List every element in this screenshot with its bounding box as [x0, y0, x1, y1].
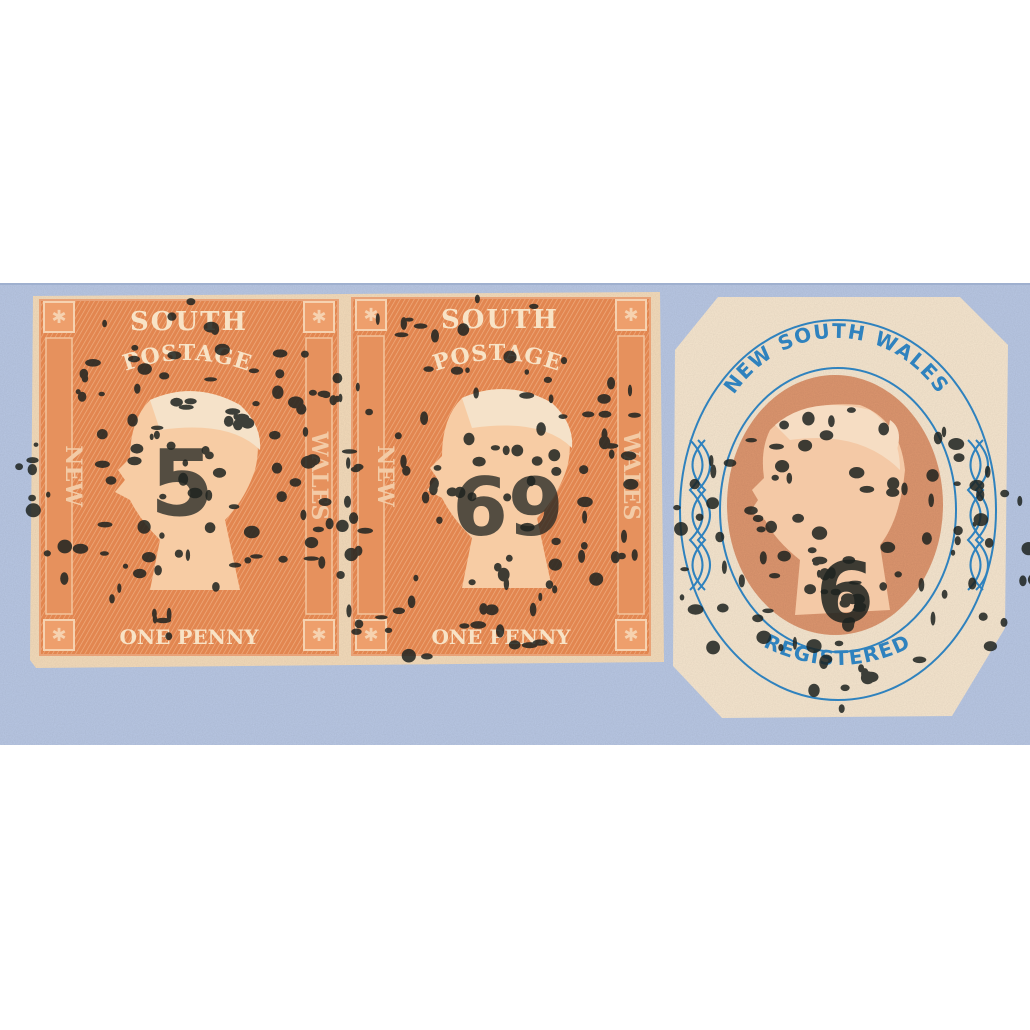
rosette-icon: ✱	[623, 625, 638, 646]
stamp-one-penny-1: ✱ ✱ ✱ ✱ SOUTH POSTAGE NEW WALES ONE PENN…	[40, 300, 338, 655]
rosette-icon: ✱	[51, 307, 66, 328]
top-label: SOUTH	[130, 307, 248, 337]
right-label: WALES	[618, 431, 644, 521]
stamp-one-penny-2: ✱ ✱ ✱ ✱ SOUTH POSTAGE NEW WALES ONE PENN…	[352, 298, 650, 655]
rosette-icon: ✱	[51, 625, 66, 646]
rosette-icon: ✱	[363, 625, 378, 646]
left-label: NEW	[60, 445, 86, 507]
right-label: WALES	[306, 431, 332, 521]
rosette-icon: ✱	[311, 307, 326, 328]
cancel-numeral: 69	[452, 461, 563, 554]
stamp-scene: ✱ ✱ ✱ ✱ SOUTH POSTAGE NEW WALES ONE PENN…	[0, 0, 1030, 1030]
rosette-icon: ✱	[623, 305, 638, 326]
bottom-label: ONE PENNY	[119, 625, 259, 649]
rosette-icon: ✱	[311, 625, 326, 646]
left-label: NEW	[372, 445, 398, 507]
registered-stamp: NEW SOUTH WALES REGISTERED 6	[673, 297, 1008, 718]
